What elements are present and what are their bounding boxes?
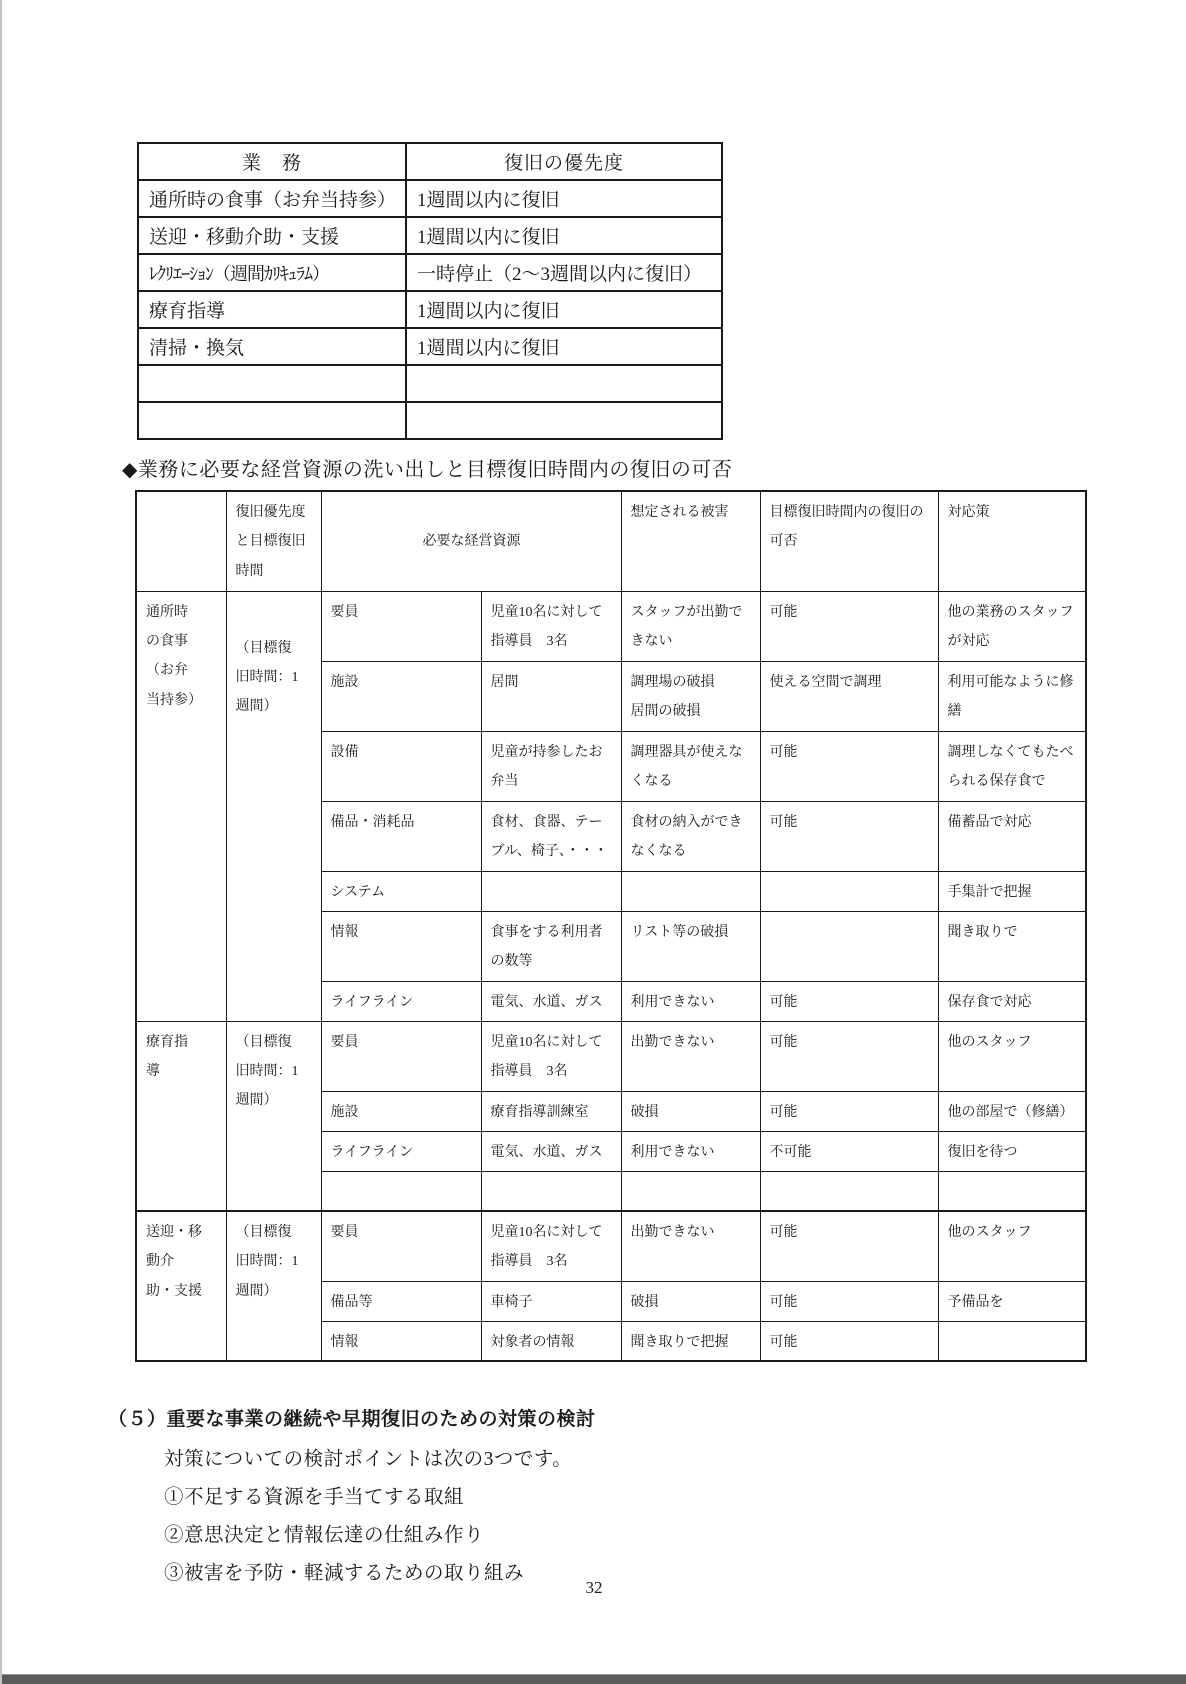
cell-damage: スタッフが出勤できない: [621, 591, 760, 661]
cell-business: 通所時 の食事 （お弁 当持参）: [136, 591, 226, 1021]
cell-feasibility: 可能: [760, 1021, 938, 1091]
cell-measure: 備蓄品で対応: [938, 801, 1086, 871]
cell-category: 施設: [321, 661, 481, 731]
cell-resource: 療育指導訓練室: [481, 1091, 621, 1131]
cell-business: 送迎・移動介助・支援: [138, 217, 406, 254]
cell-resource: 対象者の情報: [481, 1321, 621, 1361]
table-row-empty: [138, 365, 722, 402]
header-measure: 対応策: [938, 491, 1086, 591]
header-resources: 必要な経営資源: [321, 491, 621, 591]
cell-measure: 調理しなくてもたべられる保存食で: [938, 731, 1086, 801]
cell-resource: 児童10名に対して指導員 3名: [481, 591, 621, 661]
table-row: 送迎・移動介助・支援 1週間以内に復旧: [138, 217, 722, 254]
cell-damage: 出勤できない: [621, 1021, 760, 1091]
table-row: 療育指 導 （目標復 旧時間：1 週間） 要員 児童10名に対して指導員 3名 …: [136, 1021, 1086, 1091]
cell-category: システム: [321, 871, 481, 911]
cell-category: 施設: [321, 1091, 481, 1131]
cell-resource: [481, 871, 621, 911]
cell-measure: 利用可能なように修繕: [938, 661, 1086, 731]
cell-measure: 他の部屋で（修繕）: [938, 1091, 1086, 1131]
cell-feasibility: 可能: [760, 1281, 938, 1321]
cell-damage: 食材の納入ができなくなる: [621, 801, 760, 871]
section-5-body: 対策についての検討ポイントは次の3つです。 ①不足する資源を手当てする取組 ②意…: [164, 1441, 1186, 1593]
cell-business: 療育指 導: [136, 1021, 226, 1211]
cell-measure: 保存食で対応: [938, 981, 1086, 1021]
cell-priority: 1週間以内に復旧: [406, 291, 722, 328]
section-5-number: （５）: [108, 1409, 167, 1430]
header-damage: 想定される被害: [621, 491, 760, 591]
cell-measure: [938, 1321, 1086, 1361]
cell-damage: [621, 1171, 760, 1211]
cell-category: 要員: [321, 1211, 481, 1281]
cell-resource: 車椅子: [481, 1281, 621, 1321]
table-row: ﾚｸﾘｴｰｼｮﾝ（週間ｶﾘｷｭﾗﾑ） 一時停止（2〜3週間以内に復旧）: [138, 254, 722, 291]
cell-resource: 児童10名に対して指導員 3名: [481, 1021, 621, 1091]
cell-damage: [621, 871, 760, 911]
cell-feasibility: 可能: [760, 731, 938, 801]
cell-category: [321, 1171, 481, 1211]
cell-priority: [406, 402, 722, 439]
cell-category: ライフライン: [321, 1131, 481, 1171]
cell-measure: 予備品を: [938, 1281, 1086, 1321]
table-row: 通所時 の食事 （お弁 当持参） （目標復 旧時間：1 週間） 要員 児童10名…: [136, 591, 1086, 661]
cell-category: 情報: [321, 911, 481, 981]
table-header-row: 復旧優先度と目標復旧時間 必要な経営資源 想定される被害 目標復旧時間内の復旧の…: [136, 491, 1086, 591]
scan-edge-bar: [2, 1674, 1186, 1684]
cell-feasibility: 可能: [760, 591, 938, 661]
section-5: （５）重要な事業の継続や早期復旧のための対策の検討 対策についての検討ポイントは…: [108, 1404, 1186, 1593]
cell-damage: 出勤できない: [621, 1211, 760, 1281]
table-row: 清掃・換気 1週間以内に復旧: [138, 328, 722, 365]
cell-priority: 1週間以内に復旧: [406, 217, 722, 254]
resource-table: 復旧優先度と目標復旧時間 必要な経営資源 想定される被害 目標復旧時間内の復旧の…: [135, 490, 1087, 1362]
cell-category: 備品・消耗品: [321, 801, 481, 871]
cell-business: [138, 402, 406, 439]
cell-resource: 食事をする利用者の数等: [481, 911, 621, 981]
header-business: 業 務: [138, 143, 406, 180]
cell-damage: リスト等の破損: [621, 911, 760, 981]
table-row-empty: [138, 402, 722, 439]
section-5-title: （５）重要な事業の継続や早期復旧のための対策の検討: [108, 1404, 1186, 1431]
cell-damage: 利用できない: [621, 1131, 760, 1171]
cell-feasibility: [760, 911, 938, 981]
cell-resource: 電気、水道、ガス: [481, 981, 621, 1021]
cell-business: 清掃・換気: [138, 328, 406, 365]
page-number: 32: [2, 1578, 1186, 1598]
cell-category: ライフライン: [321, 981, 481, 1021]
table-row: 送迎・移 動介 助・支援 （目標復 旧時間：1 週間） 要員 児童10名に対して…: [136, 1211, 1086, 1281]
cell-target-time: （目標復 旧時間：1 週間）: [226, 591, 321, 1021]
cell-resource: 電気、水道、ガス: [481, 1131, 621, 1171]
cell-category: 要員: [321, 591, 481, 661]
cell-measure: 手集計で把握: [938, 871, 1086, 911]
priority-table: 業 務 復旧の優先度 通所時の食事（お弁当持参） 1週間以内に復旧 送迎・移動介…: [137, 142, 723, 440]
cell-category: 情報: [321, 1321, 481, 1361]
cell-measure: 他のスタッフ: [938, 1211, 1086, 1281]
cell-feasibility: 可能: [760, 1211, 938, 1281]
cell-category: 備品等: [321, 1281, 481, 1321]
section-5-line: ②意思決定と情報伝達の仕組み作り: [164, 1517, 1186, 1555]
section-5-line: ①不足する資源を手当てする取組: [164, 1479, 1186, 1517]
table-header-row: 業 務 復旧の優先度: [138, 143, 722, 180]
cell-target-time: （目標復 旧時間：1 週間）: [226, 1211, 321, 1361]
cell-measure: 聞き取りで: [938, 911, 1086, 981]
header-corner: [136, 491, 226, 591]
cell-feasibility: 可能: [760, 981, 938, 1021]
cell-feasibility: 可能: [760, 1091, 938, 1131]
cell-resource: 児童が持参したお弁当: [481, 731, 621, 801]
header-priority-target: 復旧優先度と目標復旧時間: [226, 491, 321, 591]
resource-heading: ◆業務に必要な経営資源の洗い出しと目標復旧時間内の復旧の可否: [122, 453, 1186, 482]
table-row: 通所時の食事（お弁当持参） 1週間以内に復旧: [138, 180, 722, 217]
cell-measure: 他のスタッフ: [938, 1021, 1086, 1091]
cell-category: 要員: [321, 1021, 481, 1091]
cell-feasibility: 使える空間で調理: [760, 661, 938, 731]
cell-priority: 一時停止（2〜3週間以内に復旧）: [406, 254, 722, 291]
cell-resource: 居間: [481, 661, 621, 731]
cell-business: 療育指導: [138, 291, 406, 328]
cell-resource: 児童10名に対して指導員 3名: [481, 1211, 621, 1281]
cell-business: 送迎・移 動介 助・支援: [136, 1211, 226, 1361]
cell-damage: 聞き取りで把握: [621, 1321, 760, 1361]
section-5-heading-text: 重要な事業の継続や早期復旧のための対策の検討: [167, 1409, 596, 1430]
cell-priority: 1週間以内に復旧: [406, 180, 722, 217]
cell-damage: 破損: [621, 1091, 760, 1131]
section-5-line: 対策についての検討ポイントは次の3つです。: [164, 1441, 1186, 1479]
cell-feasibility: [760, 871, 938, 911]
cell-priority: 1週間以内に復旧: [406, 328, 722, 365]
cell-feasibility: 不可能: [760, 1131, 938, 1171]
cell-feasibility: 可能: [760, 801, 938, 871]
document-page: 業 務 復旧の優先度 通所時の食事（お弁当持参） 1週間以内に復旧 送迎・移動介…: [0, 0, 1186, 1684]
cell-measure: [938, 1171, 1086, 1211]
header-feasibility: 目標復旧時間内の復旧の可否: [760, 491, 938, 591]
cell-target-time: （目標復 旧時間：1 週間）: [226, 1021, 321, 1211]
cell-category: 設備: [321, 731, 481, 801]
table-row: 療育指導 1週間以内に復旧: [138, 291, 722, 328]
cell-damage: 破損: [621, 1281, 760, 1321]
cell-measure: 復旧を待つ: [938, 1131, 1086, 1171]
cell-business: ﾚｸﾘｴｰｼｮﾝ（週間ｶﾘｷｭﾗﾑ）: [138, 254, 406, 291]
cell-priority: [406, 365, 722, 402]
cell-resource: [481, 1171, 621, 1211]
cell-damage: 利用できない: [621, 981, 760, 1021]
cell-damage: 調理場の破損 居間の破損: [621, 661, 760, 731]
cell-measure: 他の業務のスタッフが対応: [938, 591, 1086, 661]
cell-business: [138, 365, 406, 402]
cell-damage: 調理器具が使えなくなる: [621, 731, 760, 801]
cell-feasibility: [760, 1171, 938, 1211]
cell-resource: 食材、食器、テーブル、椅子、・・・: [481, 801, 621, 871]
header-priority: 復旧の優先度: [406, 143, 722, 180]
cell-feasibility: 可能: [760, 1321, 938, 1361]
cell-business: 通所時の食事（お弁当持参）: [138, 180, 406, 217]
